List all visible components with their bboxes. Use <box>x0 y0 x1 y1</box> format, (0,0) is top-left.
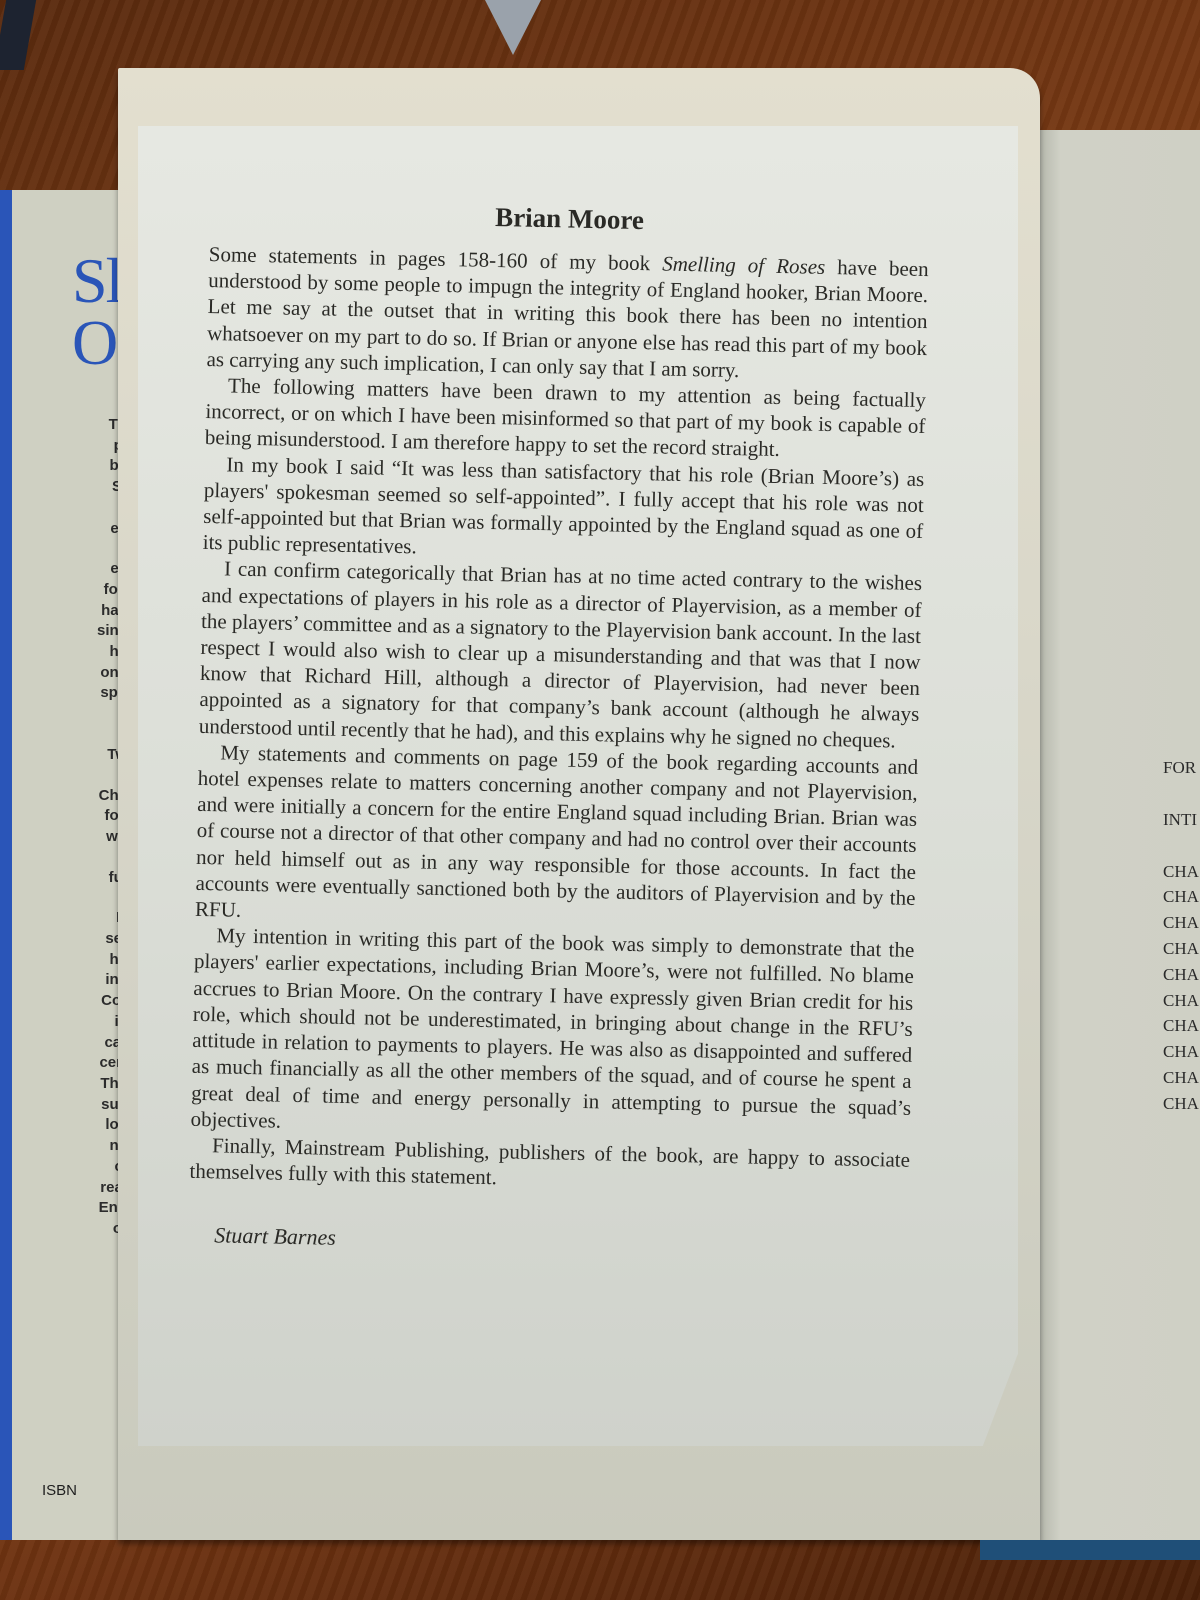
slip-paragraph: My intention in writing this part of the… <box>190 922 914 1147</box>
blurb-line-fragment: The <box>17 1074 127 1095</box>
blurb-line-fragment: inc <box>17 970 127 991</box>
blurb-line-fragment: Tw <box>17 745 127 766</box>
blurb-line-fragment: onc <box>17 663 127 684</box>
book-title-italic: Smelling of Roses <box>662 251 825 278</box>
cover-title-line: O <box>72 312 121 374</box>
blurb-line-fragment: suc <box>17 1095 127 1116</box>
blurb-line-fragment <box>17 539 127 559</box>
toc-entry-fragment: CHA <box>1163 1042 1199 1068</box>
blurb-line-fragment: lov <box>17 1115 127 1136</box>
cover-title-fragment: Sl O <box>72 250 121 374</box>
blurb-line-fragment: ( <box>17 704 127 725</box>
right-page-contents: FORINTICHACHACHACHACHACHACHACHACHACHA <box>1040 130 1200 1540</box>
cover-title-line: Sl <box>72 250 121 312</box>
blurb-line-fragment: ne <box>17 1136 127 1157</box>
blurb-line-fragment: Cha <box>17 786 127 807</box>
toc-entry-fragment: INTI <box>1163 810 1199 836</box>
blurb-line-fragment: Eng <box>17 1198 127 1219</box>
metal-object <box>485 0 541 55</box>
toc-entry-fragment: CHA <box>1163 939 1199 965</box>
toc-entry-fragment: CHA <box>1163 862 1199 888</box>
slip-paragraph: In my book I said “It was less than sati… <box>202 451 924 571</box>
blurb-line-fragment <box>17 848 127 868</box>
blurb-line-fragment: spo <box>17 683 127 704</box>
blurb-line-fragment: foll <box>17 806 127 827</box>
blurb-line-fragment: of <box>17 1219 127 1240</box>
cover-blurb-fragments: ThplbeStiexevfouhassincheoncspo(TwChafol… <box>17 415 127 1240</box>
correction-slip: Brian Moore Some statements in pages 158… <box>138 126 1018 1446</box>
slip-title: Brian Moore <box>209 196 929 242</box>
slip-paragraph: I can confirm categorically that Brian h… <box>199 555 923 753</box>
toc-entry-fragment: FOR <box>1163 758 1199 784</box>
blurb-line-fragment: cl <box>17 1157 127 1178</box>
toc-entry-fragment: CHA <box>1163 887 1199 913</box>
blurb-line-fragment: be <box>17 456 127 477</box>
blurb-line-fragment: fou <box>17 580 127 601</box>
blurb-line-fragment: ev <box>17 559 127 580</box>
blurb-line-fragment: he <box>17 642 127 663</box>
blurb-line-fragment <box>17 725 127 745</box>
blue-book-binding <box>980 1540 1200 1560</box>
blurb-line-fragment <box>17 888 127 908</box>
slip-paragraph: Some statements in pages 158-160 of my b… <box>206 241 929 387</box>
blurb-line-fragment: wh <box>17 827 127 848</box>
blurb-line-fragment: is <box>17 1012 127 1033</box>
book-page: Brian Moore Some statements in pages 158… <box>118 68 1040 1540</box>
blurb-line-fragment: pl <box>17 436 127 457</box>
signature: Stuart Barnes <box>214 1223 908 1264</box>
toc-entry-fragment: CHA <box>1163 913 1199 939</box>
blurb-line-fragment: ha <box>17 950 127 971</box>
blurb-line-fragment: set <box>17 929 127 950</box>
blurb-line-fragment: St <box>17 477 127 498</box>
toc-entry-fragment: CHA <box>1163 1068 1199 1094</box>
toc-entry-fragment: CHA <box>1163 965 1199 991</box>
slip-content: Brian Moore Some statements in pages 158… <box>188 196 930 1263</box>
blurb-line-fragment: Th <box>17 415 127 436</box>
blurb-line-fragment: has <box>17 601 127 622</box>
toc-entry-fragment: CHA <box>1163 1094 1199 1120</box>
isbn-label: ISBN <box>42 1482 77 1499</box>
blurb-line-fragment: real <box>17 1178 127 1199</box>
blurb-line-fragment: D <box>17 908 127 929</box>
slip-paragraph: My statements and comments on page 159 o… <box>195 739 919 937</box>
toc-entry-fragment: CHA <box>1163 1016 1199 1042</box>
blurb-line-fragment: ex <box>17 519 127 540</box>
toc-entry-fragment: CHA <box>1163 991 1199 1017</box>
slip-paragraph: The following matters have been drawn to… <box>205 372 926 466</box>
blurb-line-fragment: cert <box>17 1053 127 1074</box>
blurb-line-fragment <box>17 766 127 786</box>
table-of-contents-fragments: FORINTICHACHACHACHACHACHACHACHACHACHA <box>1163 758 1199 1120</box>
blurb-line-fragment: i <box>17 498 127 519</box>
blurb-line-fragment: sinc <box>17 621 127 642</box>
blurb-line-fragment: Cor <box>17 991 127 1012</box>
blurb-line-fragment: car <box>17 1033 127 1054</box>
blurb-line-fragment: ful <box>17 868 127 889</box>
